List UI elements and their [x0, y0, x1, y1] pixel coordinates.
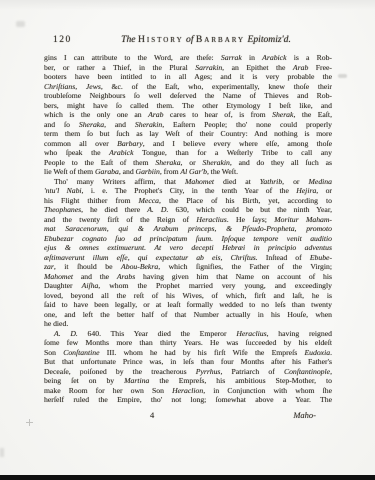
text-line: ejus & omnes extimuerunt. At vero decept… [44, 243, 332, 253]
text-line: which is the only one an Arab cares to h… [44, 110, 332, 120]
text-line: Theophanes, he died there A. D. 630, whi… [44, 205, 332, 215]
text-line: People to the Eaſt of them Sheraka, or S… [44, 158, 332, 168]
page-footer: 4 Maho- [44, 410, 332, 422]
text-line: bers, might have ſo called them. The oth… [44, 101, 332, 111]
text-line: and ſo Sheraka, and Sherakin, Eaſtern Pe… [44, 120, 332, 130]
text-line: Mahomet and the Arabs having given him t… [44, 272, 332, 282]
text-line: æſtimaverunt illum eſſe, qui expectatur … [44, 253, 332, 263]
text-line: ber, or rather a Thief, in the Plural Sa… [44, 63, 332, 73]
running-title-run: Barbary [196, 34, 245, 45]
signature-mark: 4 [150, 410, 154, 420]
running-title: The History of Barbary Epitomiz'd. [121, 34, 291, 45]
text-line: zar, it ſhould be Abou-Bekra, which ſign… [44, 262, 332, 272]
text-line: term them ſo but ſuch as lay Weſt of the… [44, 129, 332, 139]
text-line: Daughter Aiſha, whom the Prophet married… [44, 281, 332, 291]
text-line: he died. [44, 319, 332, 329]
text-line: lie Weſt of them Garaba, and Garbiin, fr… [44, 167, 332, 177]
paragraph: gins I can attribute to the Word, are th… [44, 53, 332, 177]
text-line: booters have been intitled to in all Age… [44, 72, 332, 82]
paragraph: Tho' many Writers affirm, that Mahomet d… [44, 177, 332, 329]
text-line: and the twenty firſt of the Reign of Her… [44, 215, 332, 225]
text-line: herſelf ruled the Empire, tho' not long;… [44, 395, 332, 405]
text-line: But that unfortunate Prince was, in leſs… [44, 357, 332, 367]
page-number: 120 [53, 35, 72, 45]
running-title-run: of [184, 34, 196, 45]
scan-artifact [0, 448, 4, 457]
text-line: Ebubezar cognato ſuo ad principatum ſuum… [44, 234, 332, 244]
text-line: troubleſome Neighbours ſo well deſerved … [44, 91, 332, 101]
text-line: Chriſtians, Jews, &c. of the Eaſt, who, … [44, 82, 332, 92]
text-line: ſaid to have been legally, or at leaſt f… [44, 300, 332, 310]
scanned-book-page: 120 The History of Barbary Epitomiz'd. g… [0, 0, 375, 480]
text-line: mat Saracenorum, qui & Arabum princeps, … [44, 224, 332, 234]
running-title-run: Epitomiz'd. [245, 34, 291, 45]
text-line: being ſet on by Martina the Empreſs, his… [44, 376, 332, 386]
paragraph: A. D. 640. This Year died the Emperor He… [44, 329, 332, 405]
catchword: Maho- [293, 410, 316, 420]
text-line: make Room for her own Son Heraclion, in … [44, 386, 332, 396]
page-header: 120 The History of Barbary Epitomiz'd. [44, 34, 332, 48]
page-body: gins I can attribute to the Word, are th… [44, 53, 332, 405]
text-line: loved, beyond all the reſt of his Wives,… [44, 291, 332, 301]
text-line: 'ntu'l Nabi, i. e. The Prophet's City, i… [44, 186, 332, 196]
text-line: one, and left the better half of that Nu… [44, 310, 332, 320]
text-line: who ſpeak the Arabick Tongue, than for a… [44, 148, 332, 158]
text-line: gins I can attribute to the Word, are th… [44, 53, 332, 63]
text-line: his Flight thither from Mecca, the Place… [44, 196, 332, 206]
text-line: ſome few Months more than thirty Years. … [44, 338, 332, 348]
page-content: 120 The History of Barbary Epitomiz'd. g… [44, 34, 332, 422]
text-line: A. D. 640. This Year died the Emperor He… [44, 329, 332, 339]
running-title-run: The [121, 34, 138, 45]
text-line: Deceaſe, poiſoned by the treacherous Pyr… [44, 367, 332, 377]
text-line: Tho' many Writers affirm, that Mahomet d… [44, 177, 332, 187]
scan-artifact [26, 419, 33, 426]
running-title-run: History [138, 34, 184, 45]
scan-artifact [16, 21, 25, 27]
scan-artifact [338, 74, 347, 78]
text-line: common all over Barbary, and I believe e… [44, 139, 332, 149]
scan-bottom-edge [0, 475, 375, 480]
text-line: Son Conſtantine III. whom he had by his … [44, 348, 332, 358]
